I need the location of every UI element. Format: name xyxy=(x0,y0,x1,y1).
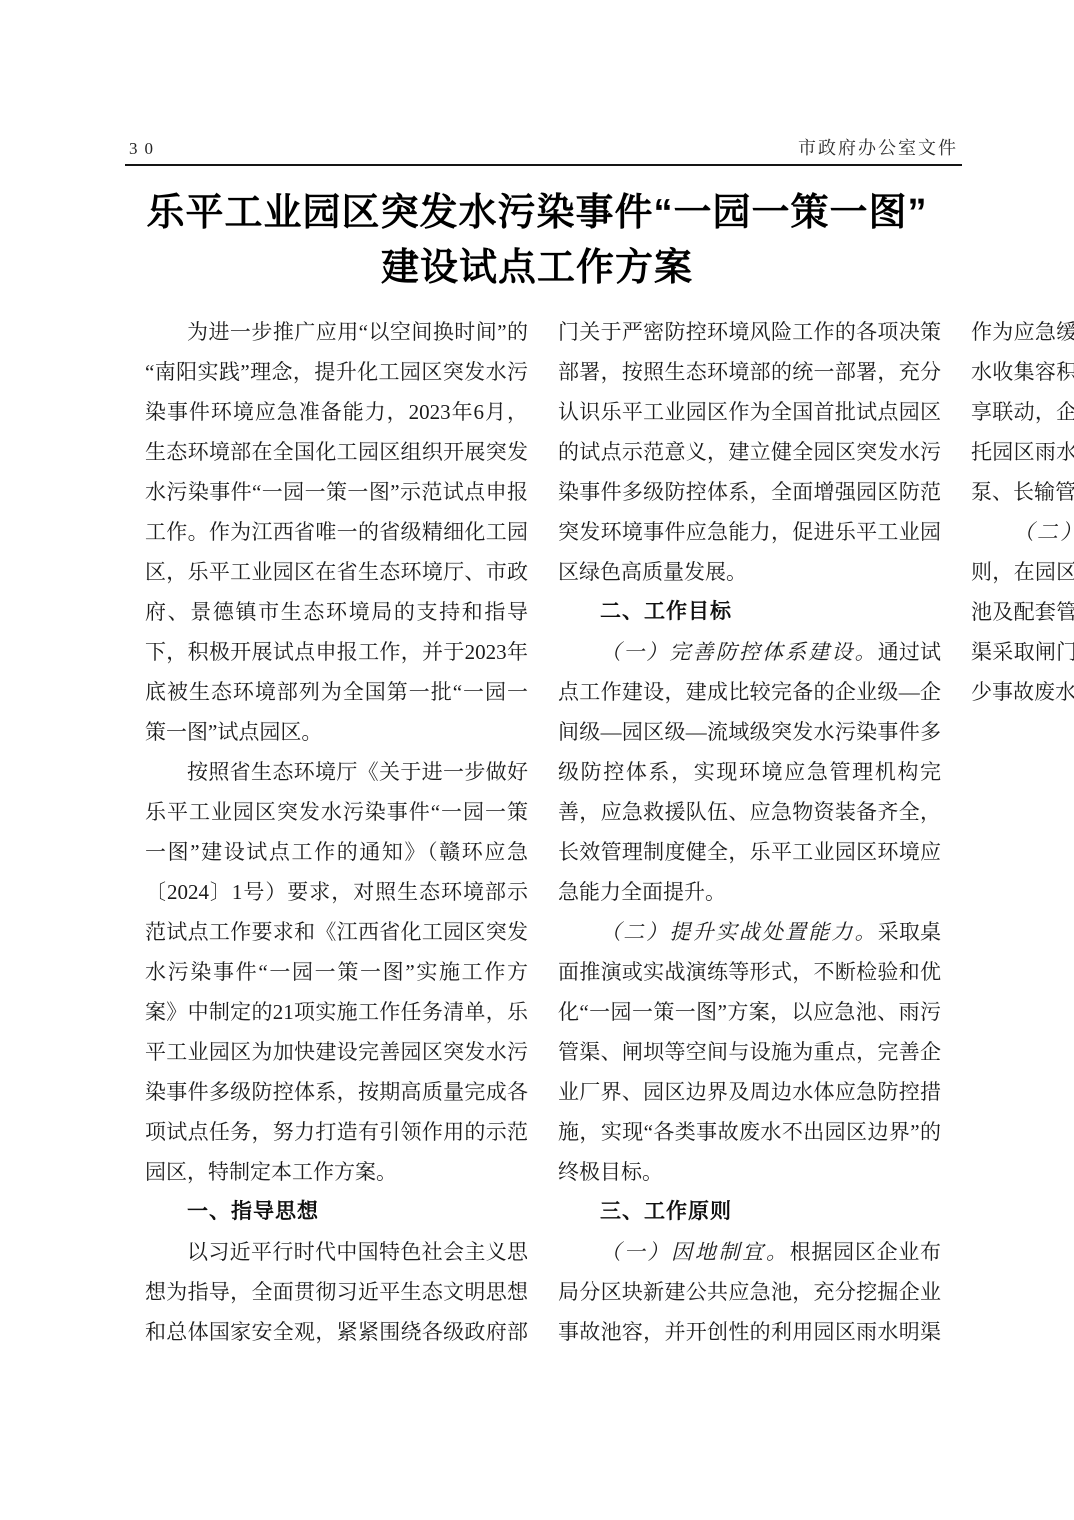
principle-1-lead: （一）因地制宜。 xyxy=(600,1240,790,1264)
heading-guiding-ideology: 一、指导思想 xyxy=(145,1192,528,1232)
heading-work-principles: 三、工作原则 xyxy=(558,1192,941,1232)
document-page: 30 市政府办公室文件 乐平工业园区突发水污染事件“一园一策一图” 建设试点工作… xyxy=(0,0,1074,1520)
paragraph-intro-1: 为进一步推广应用“以空间换时间”的“南阳实践”理念，提升化工园区突发水污染事件环… xyxy=(145,312,528,752)
goal-2-lead: （二）提升实战处置能力。 xyxy=(600,920,878,944)
title-line-1: 乐平工业园区突发水污染事件“一园一策一图” xyxy=(0,186,1074,241)
goal-1-lead: （一）完善防控体系建设。 xyxy=(600,640,878,664)
header-doc-label: 市政府办公室文件 xyxy=(798,134,958,160)
principle-2-text: 以分区防控为原则，在园区分区建设雨水排口闸控、应急池及配套管网等设施；同时对园区… xyxy=(971,520,1074,704)
document-body: 为进一步推广应用“以空间换时间”的“南阳实践”理念，提升化工园区突发水污染事件环… xyxy=(145,312,941,1358)
goal-1-text: 通过试点工作建设，建成比较完备的企业级—企间级—园区级—流域级突发水污染事件多级… xyxy=(558,640,941,904)
paragraph-goal-2: （二）提升实战处置能力。采取桌面推演或实战演练等形式，不断检验和优化“一园一策一… xyxy=(558,912,941,1192)
paragraph-goal-1: （一）完善防控体系建设。通过试点工作建设，建成比较完备的企业级—企间级—园区级—… xyxy=(558,632,941,912)
heading-work-goals: 二、工作目标 xyxy=(558,592,941,632)
principle-2-lead: （二）精准管控。 xyxy=(1013,520,1074,544)
document-title: 乐平工业园区突发水污染事件“一园一策一图” 建设试点工作方案 xyxy=(0,186,1074,296)
header-rule xyxy=(125,164,962,166)
paragraph-principle-2: （二）精准管控。以分区防控为原则，在园区分区建设雨水排口闸控、应急池及配套管网等… xyxy=(971,512,1074,712)
paragraph-intro-2: 按照省生态环境厅《关于进一步做好乐平工业园区突发水污染事件“一园一策一图”建设试… xyxy=(145,752,528,1192)
page-number: 30 xyxy=(129,139,160,159)
goal-2-text: 采取桌面推演或实战演练等形式，不断检验和优化“一园一策一图”方案，以应急池、雨污… xyxy=(558,920,941,1184)
title-line-2: 建设试点工作方案 xyxy=(0,241,1074,296)
